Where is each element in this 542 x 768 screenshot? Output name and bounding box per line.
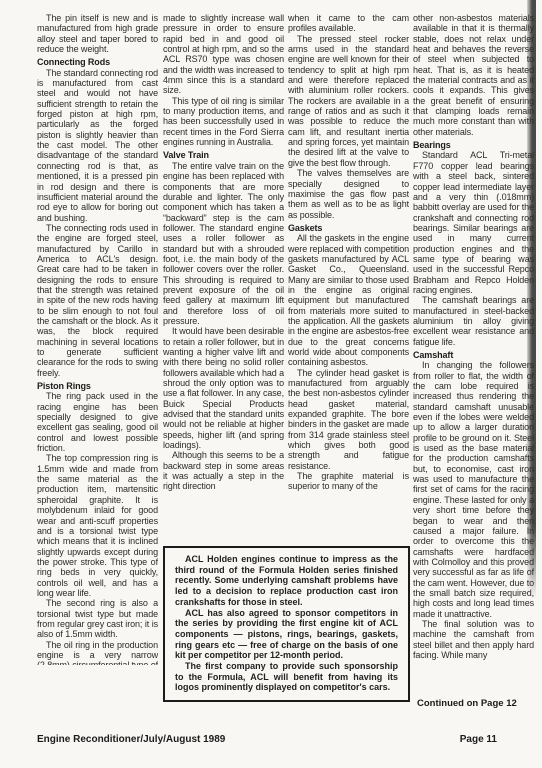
callout-paragraph: ACL Holden engines continue to impress a… [175,554,398,608]
section-heading: Camshaft [413,350,534,360]
body-paragraph: The oil ring in the production engine is… [37,640,158,665]
callout-paragraph: ACL has also agreed to sponsor competito… [175,608,398,662]
body-paragraph: The ring pack used in the racing engine … [37,391,158,453]
body-paragraph: This type of oil ring is similar to many… [163,96,284,148]
body-paragraph: made to slightly increase wall pressure … [163,13,284,96]
body-paragraph: The top compression ring is 1.5mm wide a… [37,453,158,598]
text-column-2: made to slightly increase wall pressure … [163,13,284,540]
body-paragraph: In changing the followers from roller to… [413,360,534,619]
text-column-3: when it came to the cam profiles availab… [288,13,409,540]
body-paragraph: other non-asbestos materials available i… [413,13,534,137]
text-column-4: other non-asbestos materials available i… [413,13,534,692]
footer-page-number: Page 11 [460,734,497,745]
footer-journal-title: Engine Reconditioner/July/August 1989 [37,734,225,745]
body-paragraph: The entire valve train on the engine has… [163,161,284,327]
body-paragraph: The cylinder head gasket is manufactured… [288,368,409,471]
body-paragraph: The pressed steel rocker arms used in th… [288,34,409,168]
magazine-page: The pin itself is new and is manufacture… [0,0,542,768]
section-heading: Valve Train [163,150,284,160]
body-paragraph: The valves themselves are specially desi… [288,168,409,220]
page-footer: Engine Reconditioner/July/August 1989 Pa… [37,734,497,745]
body-paragraph: The standard connecting rod is manufactu… [37,68,158,223]
body-paragraph: Although this seems to be a backward ste… [163,450,284,491]
section-heading: Gaskets [288,223,409,233]
text-column-1: The pin itself is new and is manufacture… [37,13,158,665]
section-heading: Piston Rings [37,381,158,391]
body-paragraph: The camshaft bearings are manufactured i… [413,295,534,347]
continued-notice: Continued on Page 12 [417,698,533,709]
body-paragraph: The final solution was to machine the ca… [413,619,534,660]
body-paragraph: All the gaskets in the engine were repla… [288,233,409,367]
body-paragraph: when it came to the cam profiles availab… [288,13,409,34]
section-heading: Bearings [413,140,534,150]
body-paragraph: The second ring is also a torsional twis… [37,598,158,639]
section-heading: Connecting Rods [37,57,158,67]
body-paragraph: Standard ACL Tri-metal F770 copper lead … [413,150,534,295]
body-paragraph: The connecting rods used in the engine a… [37,223,158,378]
body-paragraph: The graphite material is superior to man… [288,471,409,492]
body-paragraph: The pin itself is new and is manufacture… [37,13,158,54]
body-paragraph: It would have been desirable to retain a… [163,326,284,450]
callout-paragraph: The first company to provide such sponso… [175,661,398,693]
acl-sponsorship-callout: ACL Holden engines continue to impress a… [163,546,410,702]
